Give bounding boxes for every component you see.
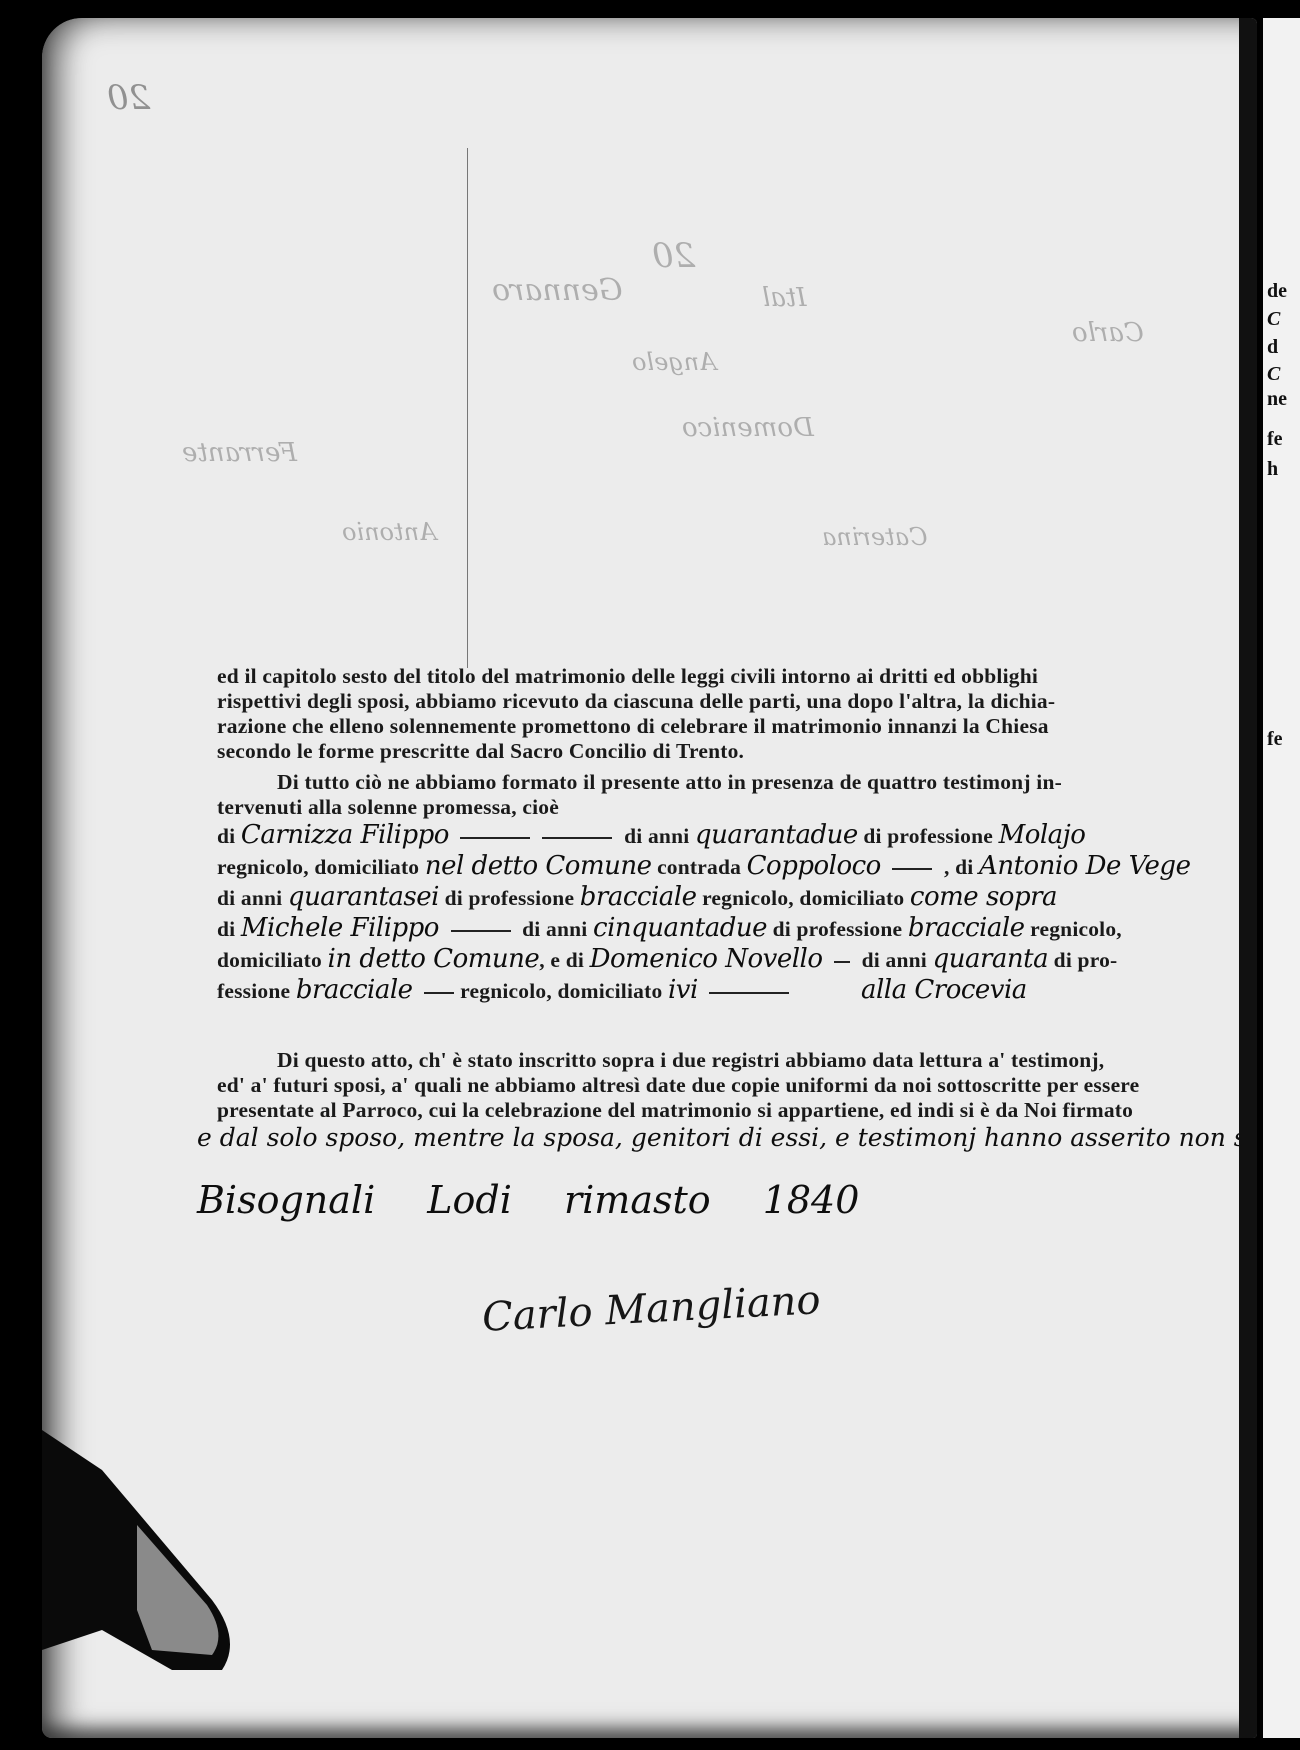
next-page-fragment: de: [1267, 280, 1287, 303]
handwritten-entry: quarantasei: [288, 882, 439, 912]
printed-paragraph-3: Di questo atto, ch' è stato inscritto so…: [217, 1048, 1257, 1123]
form-label: , e di: [539, 948, 584, 972]
bleed-through-fragment: Angelo: [632, 348, 716, 376]
blank-rule: [834, 961, 850, 963]
text-line: secondo le forme prescritte dal Sacro Co…: [217, 739, 1257, 764]
blank-rule: [451, 930, 511, 932]
witness-line-2: regnicolo, domiciliato nel detto Comune …: [217, 854, 1257, 885]
handwritten-entry: nel detto Comune: [425, 851, 652, 881]
witness-line-6: fessione bracciale regnicolo, domiciliat…: [217, 978, 1257, 1009]
text-line: Di tutto ciò ne abbiamo formato il prese…: [217, 770, 1257, 795]
printed-paragraph-2: Di tutto ciò ne abbiamo formato il prese…: [217, 770, 1257, 820]
form-label: regnicolo, domiciliato: [217, 855, 419, 879]
bleed-through-fragment: Ferrante: [182, 438, 297, 468]
blank-rule: [709, 992, 789, 994]
text-line: tervenuti alla solenne promessa, cioè: [217, 795, 1257, 820]
form-label: di: [217, 917, 235, 941]
handwritten-entry: Coppoloco: [747, 851, 881, 881]
thumb-shape: [42, 1430, 292, 1730]
form-label: di anni: [217, 886, 282, 910]
form-label: regnicolo, domiciliato: [460, 979, 662, 1003]
ruled-line: [467, 148, 468, 668]
text-line: Di questo atto, ch' è stato inscritto so…: [217, 1048, 1257, 1073]
blank-rule: [424, 992, 454, 994]
blank-rule: [542, 837, 612, 839]
form-label: regnicolo, domiciliato: [702, 886, 904, 910]
form-label: di anni: [522, 917, 587, 941]
next-page-fragment: C: [1267, 308, 1280, 331]
form-label: di professione: [445, 886, 575, 910]
form-label: , di: [944, 855, 973, 879]
witnesses-block: di Carnizza Filippo di anni quarantadue …: [217, 823, 1257, 1009]
witness-line-5: domiciliato in detto Comune, e di Domeni…: [217, 947, 1257, 978]
witness-line-4: di Michele Filippo di anni cinquantadue …: [217, 916, 1257, 947]
handwritten-entry: bracciale: [580, 882, 697, 912]
next-page-fragment: C: [1267, 363, 1280, 386]
handwritten-entry: Molajo: [999, 820, 1086, 850]
bleed-through-fragment: Caterina: [822, 523, 927, 551]
handwritten-entry: bracciale: [908, 913, 1025, 943]
handwritten-entry: bracciale: [296, 975, 413, 1005]
next-page-fragment: d: [1267, 336, 1278, 359]
handwritten-entry: cinquantadue: [593, 913, 767, 943]
handwritten-entry: in detto Comune: [328, 944, 540, 974]
witness-line-3: di anni quarantasei di professione bracc…: [217, 885, 1257, 916]
text-line: ed' a' futuri sposi, a' quali ne abbiamo…: [217, 1073, 1257, 1098]
text-line: rispettivi degli sposi, abbiamo ricevuto…: [217, 689, 1257, 714]
bleed-through-fragment: Carlo: [1072, 318, 1144, 348]
form-label: di professione: [773, 917, 903, 941]
handwritten-entry: quaranta: [933, 944, 1049, 974]
witness-line-1: di Carnizza Filippo di anni quarantadue …: [217, 823, 1257, 854]
form-label: di pro-: [1054, 948, 1118, 972]
text-line: ed il capitolo sesto del titolo del matr…: [217, 664, 1257, 689]
handwritten-entry: Antonio De Vege: [979, 851, 1190, 881]
bleed-through-fragment: Antonio: [342, 518, 436, 546]
printed-paragraph-1: ed il capitolo sesto del titolo del matr…: [217, 664, 1257, 764]
form-label: di anni: [862, 948, 927, 972]
next-page-fragment: fe: [1267, 728, 1283, 751]
form-label: contrada: [657, 855, 741, 879]
handwritten-entry: Domenico Novello: [590, 944, 823, 974]
form-label: di anni: [624, 824, 689, 848]
bleed-through-fragment: Gennaro: [492, 273, 623, 308]
handwritten-entry: Michele Filippo: [241, 913, 439, 943]
officer-signature: Carlo Mangliano: [481, 1277, 822, 1341]
form-label: di: [217, 824, 235, 848]
book-gutter: [1239, 18, 1257, 1738]
next-page-fragment: ne: [1267, 388, 1287, 411]
form-label: di professione: [863, 824, 993, 848]
handwritten-closing-line-2: Bisognali Lodi rimasto 1840: [197, 1178, 859, 1222]
next-page-fragment: fe: [1267, 428, 1283, 451]
next-page-edge: de C d C ne fe h fe: [1263, 18, 1300, 1738]
blank-rule: [460, 837, 530, 839]
next-page-fragment: h: [1267, 458, 1278, 481]
handwritten-entry: come sopra: [910, 882, 1057, 912]
margin-page-number: 20: [107, 78, 150, 118]
blank-rule: [892, 868, 932, 870]
bleed-through-fragment: Domenico: [682, 413, 814, 443]
handwritten-entry: Carnizza Filippo: [241, 820, 449, 850]
handwritten-entry: quarantadue: [695, 820, 858, 850]
bleed-through-fragment: 20: [652, 236, 695, 276]
handwritten-entry: ivi: [668, 975, 698, 1005]
form-label: regnicolo,: [1030, 917, 1122, 941]
handwritten-entry: alla Crocevia: [861, 975, 1027, 1005]
form-label: fessione: [217, 979, 290, 1003]
handwritten-closing-line-1: e dal solo sposo, mentre la sposa, genit…: [197, 1123, 1257, 1152]
text-line: presentate al Parroco, cui la celebrazio…: [217, 1098, 1257, 1123]
text-line: razione che elleno solennemente prometto…: [217, 714, 1257, 739]
form-label: domiciliato: [217, 948, 322, 972]
bleed-through-fragment: Ital: [762, 283, 807, 313]
